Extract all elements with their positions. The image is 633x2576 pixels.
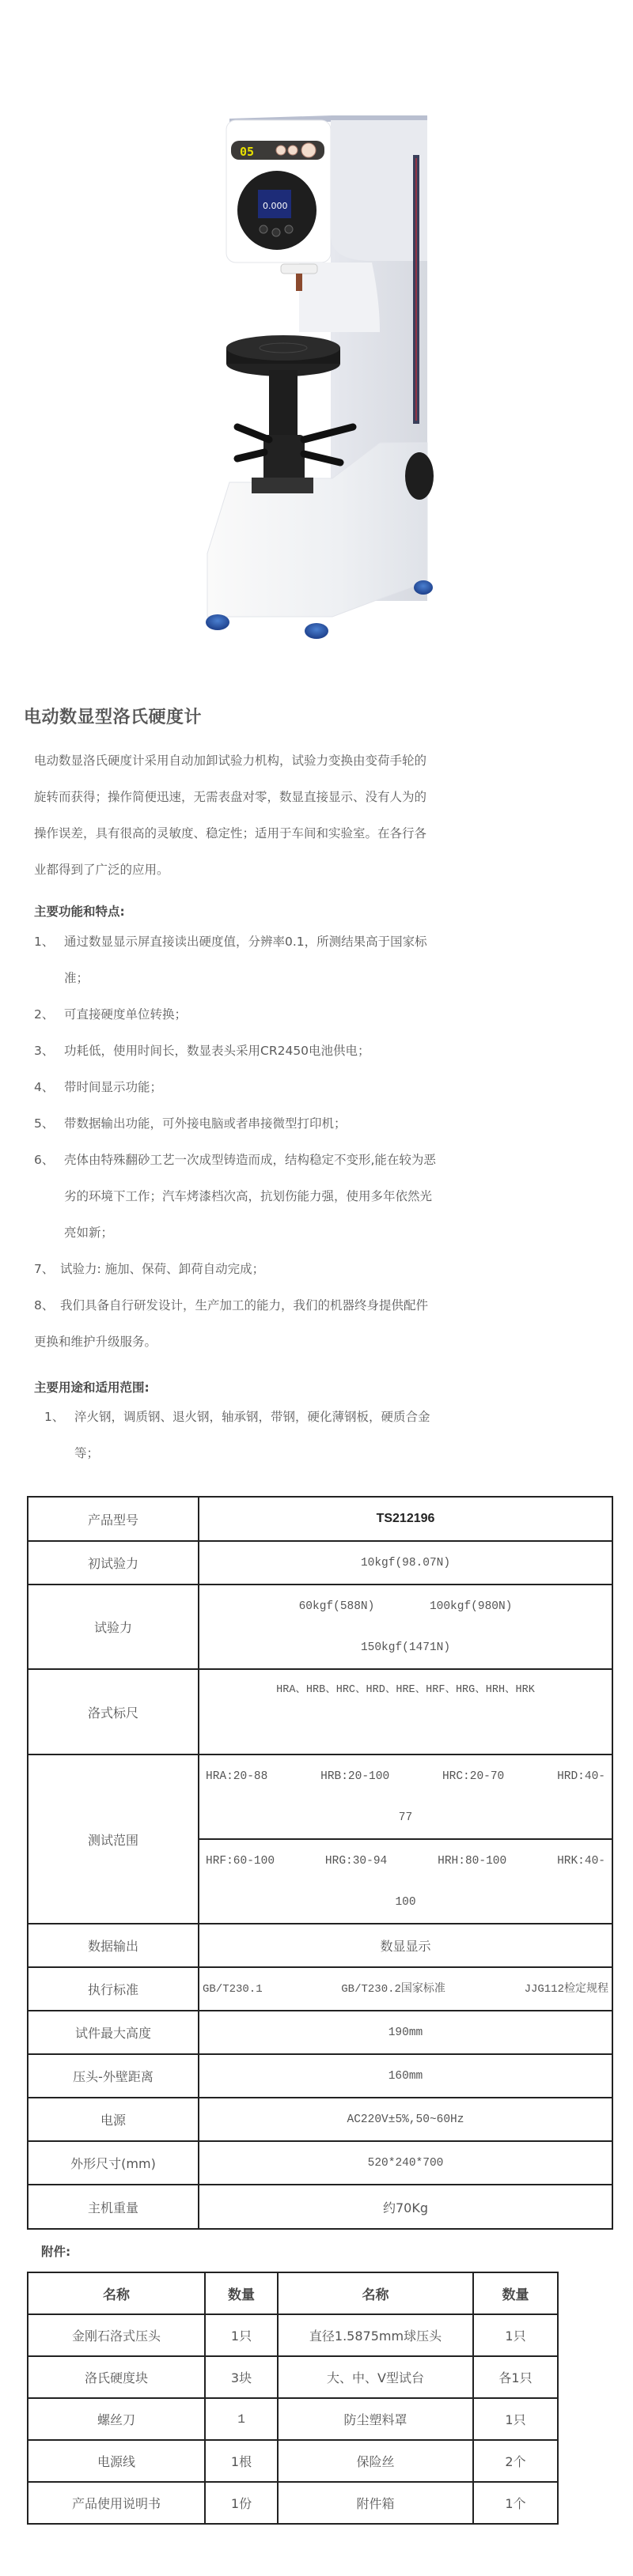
feature-text: 我们具备自行研发设计，生产加工的能力，我们的机器终身提供配件 [60, 1298, 428, 1313]
feature-number: 2、 [34, 996, 64, 1033]
product-image: 05 0.000 [0, 0, 633, 680]
spec-row: 洛式标尺 HRA、HRB、HRC、HRD、HRE、HRF、HRG、HRH、HRK [28, 1669, 612, 1754]
feature-text: 功耗低，使用时间长，数显表头采用CR2450电池供电； [64, 1033, 578, 1069]
feature-text: 带时间显示功能； [64, 1069, 578, 1105]
accessories-heading: 附件: [41, 2242, 70, 2260]
use-number: 1、 [44, 1399, 74, 1435]
feature-text: 带数据输出功能，可外接电脑或者串接微型打印机； [64, 1105, 578, 1142]
spec-label: 电源 [28, 2098, 199, 2141]
spec-value: 10kgf(98.07N) [199, 1541, 612, 1585]
feature-item: 4、带时间显示功能； [34, 1069, 604, 1105]
feature-item: 7、试验力: 施加、保荷、卸荷自动完成； [34, 1251, 604, 1287]
feature-text: 可直接硬度单位转换； [64, 996, 578, 1033]
accessory-row: 螺丝刀 1 防尘塑料罩 1只 [28, 2398, 558, 2440]
spec-row: 数据输出 数显显示 [28, 1924, 612, 1967]
feature-number: 8、 [34, 1287, 60, 1324]
spec-row: 外形尺寸(mm) 520*240*700 [28, 2141, 612, 2185]
feature-item: 5、带数据输出功能，可外接电脑或者串接微型打印机； [34, 1105, 604, 1142]
features-heading: 主要功能和特点: [34, 902, 125, 920]
accessory-name: 直径1.5875mm球压头 [278, 2314, 473, 2356]
intro-line: 操作误差，具有很高的灵敏度、稳定性；适用于车间和实验室。在各行各 [34, 815, 604, 852]
spec-row: 电源 AC220V±5%,50~60Hz [28, 2098, 612, 2141]
accessory-name: 附件箱 [278, 2482, 473, 2524]
product-title: 电动数显型洛氏硬度计 [24, 704, 202, 728]
accessory-row: 电源线 1根 保险丝 2个 [28, 2440, 558, 2482]
spec-value: 160mm [199, 2054, 612, 2098]
feature-item: 8、我们具备自行研发设计，生产加工的能力，我们的机器终身提供配件 更换和维护升级… [34, 1287, 604, 1360]
spec-label: 产品型号 [28, 1497, 199, 1541]
feature-text: 劣的环境下工作；汽车烤漆档次高，抗划伤能力强，使用多年依然光 [64, 1178, 578, 1214]
feature-number: 4、 [34, 1069, 64, 1105]
accessories-header-row: 名称 数量 名称 数量 [28, 2272, 558, 2314]
feature-text: 试验力: 施加、保荷、卸荷自动完成； [60, 1251, 574, 1287]
accessory-qty: 1根 [205, 2440, 278, 2482]
accessory-name: 防尘塑料罩 [278, 2398, 473, 2440]
intro-line: 业都得到了广泛的应用。 [34, 852, 604, 888]
feature-text: 壳体由特殊翻砂工艺一次成型铸造而成，结构稳定不变形,能在较为恶 [64, 1142, 578, 1178]
accessory-name: 金刚石洛式压头 [28, 2314, 205, 2356]
spec-row: 产品型号 TS212196 [28, 1497, 612, 1541]
spec-row: 测试范围 HRA:20-88 HRB:20-100 HRC:20-70 HRD:… [28, 1754, 612, 1839]
accessory-qty: 1 [205, 2398, 278, 2440]
intro-line: 电动数显洛氏硬度计采用自动加卸试验力机构，试验力变换由变荷手轮的 [34, 742, 604, 779]
use-text: 淬火钢，调质钢、退火钢，轴承钢，带钢，硬化薄钢板，硬质合金 [74, 1399, 589, 1435]
hardness-tester-illustration: 05 0.000 [0, 0, 633, 680]
header-name: 名称 [28, 2272, 205, 2314]
accessory-name: 保险丝 [278, 2440, 473, 2482]
accessory-qty: 1个 [473, 2482, 558, 2524]
feature-item: 1、通过数显显示屏直接读出硬度值，分辨率0.1，所测结果高于国家标准； [34, 924, 604, 996]
feature-number: 6、 [34, 1142, 64, 1178]
spec-label: 试件最大高度 [28, 2011, 199, 2054]
accessory-row: 金刚石洛式压头 1只 直径1.5875mm球压头 1只 [28, 2314, 558, 2356]
spec-label: 试验力 [28, 1585, 199, 1669]
feature-number: 3、 [34, 1033, 64, 1069]
range-line: HRA:20-88 HRB:20-100 HRC:20-70 HRD:40- [199, 1756, 612, 1797]
spec-value: 60kgf(588N) 100kgf(980N) 150kgf(1471N) [199, 1585, 612, 1669]
accessory-qty: 1只 [205, 2314, 278, 2356]
svg-text:0.000: 0.000 [263, 201, 288, 211]
feature-text: 亮如新； [64, 1214, 578, 1251]
spec-table: 产品型号 TS212196 初试验力 10kgf(98.07N) 试验力 60k… [27, 1496, 613, 2230]
spec-range-cell: HRA:20-88 HRB:20-100 HRC:20-70 HRD:40- 7… [199, 1754, 612, 1839]
spec-label: 执行标准 [28, 1967, 199, 2011]
spec-row: 试件最大高度 190mm [28, 2011, 612, 2054]
feature-item: 3、功耗低，使用时间长，数显表头采用CR2450电池供电； [34, 1033, 604, 1069]
spec-row: 初试验力 10kgf(98.07N) [28, 1541, 612, 1585]
accessory-qty: 1只 [473, 2314, 558, 2356]
spec-label: 测试范围 [28, 1754, 199, 1924]
range-line: HRF:60-100 HRG:30-94 HRH:80-100 HRK:40- [199, 1841, 612, 1882]
accessory-name: 螺丝刀 [28, 2398, 205, 2440]
spec-label: 初试验力 [28, 1541, 199, 1585]
spec-value: 190mm [199, 2011, 612, 2054]
spec-value: TS212196 [199, 1497, 612, 1541]
accessory-row: 产品使用说明书 1份 附件箱 1个 [28, 2482, 558, 2524]
feature-item: 6、壳体由特殊翻砂工艺一次成型铸造而成，结构稳定不变形,能在较为恶劣的环境下工作… [34, 1142, 604, 1251]
accessory-qty: 2个 [473, 2440, 558, 2482]
accessory-qty: 1只 [473, 2398, 558, 2440]
spec-label: 外形尺寸(mm) [28, 2141, 199, 2185]
spec-label: 主机重量 [28, 2185, 199, 2229]
spec-value: GB/T230.1 GB/T230.2国家标准 JJG112检定规程 [199, 1967, 612, 2011]
spec-value: HRA、HRB、HRC、HRD、HRE、HRF、HRG、HRH、HRK [199, 1669, 612, 1754]
accessory-name: 电源线 [28, 2440, 205, 2482]
accessory-name: 大、中、V型试台 [278, 2356, 473, 2398]
spec-label: 数据输出 [28, 1924, 199, 1967]
test-force-150: 150kgf(1471N) [199, 1627, 612, 1668]
uses-heading: 主要用途和适用范围: [34, 1378, 150, 1396]
spec-row: 执行标准 GB/T230.1 GB/T230.2国家标准 JJG112检定规程 [28, 1967, 612, 2011]
spec-value: 520*240*700 [199, 2141, 612, 2185]
intro-paragraph: 电动数显洛氏硬度计采用自动加卸试验力机构，试验力变换由变荷手轮的 旋转而获得；操… [34, 742, 604, 888]
feature-item: 2、可直接硬度单位转换； [34, 996, 604, 1033]
test-force-100: 100kgf(980N) [430, 1600, 512, 1613]
accessories-table: 名称 数量 名称 数量 金刚石洛式压头 1只 直径1.5875mm球压头 1只 … [27, 2272, 559, 2525]
feature-number: 1、 [34, 924, 64, 960]
use-text: 等； [74, 1435, 589, 1471]
accessory-qty: 各1只 [473, 2356, 558, 2398]
spec-range-cell: HRF:60-100 HRG:30-94 HRH:80-100 HRK:40- … [199, 1839, 612, 1924]
intro-line: 旋转而获得；操作简便迅速，无需表盘对零，数显直接显示、没有人为的 [34, 779, 604, 815]
spec-row: 压头-外壁距离 160mm [28, 2054, 612, 2098]
header-qty: 数量 [473, 2272, 558, 2314]
accessory-qty: 1份 [205, 2482, 278, 2524]
use-item: 1、淬火钢，调质钢、退火钢，轴承钢，带钢，硬化薄钢板，硬质合金等； [44, 1399, 614, 1471]
spec-label: 压头-外壁距离 [28, 2054, 199, 2098]
feature-number: 5、 [34, 1105, 64, 1142]
spec-row: 试验力 60kgf(588N) 100kgf(980N) 150kgf(1471… [28, 1585, 612, 1669]
accessory-name: 洛氏硬度块 [28, 2356, 205, 2398]
header-qty: 数量 [205, 2272, 278, 2314]
spec-row: 主机重量 约70Kg [28, 2185, 612, 2229]
test-force-60: 60kgf(588N) [299, 1600, 375, 1613]
spec-label: 洛式标尺 [28, 1669, 199, 1754]
spec-value: 数显显示 [199, 1924, 612, 1967]
spec-value: AC220V±5%,50~60Hz [199, 2098, 612, 2141]
spec-value: 约70Kg [199, 2185, 612, 2229]
header-name: 名称 [278, 2272, 473, 2314]
accessory-qty: 3块 [205, 2356, 278, 2398]
accessory-row: 洛氏硬度块 3块 大、中、V型试台 各1只 [28, 2356, 558, 2398]
feature-text: 准； [64, 960, 578, 996]
feature-text: 通过数显显示屏直接读出硬度值，分辨率0.1，所测结果高于国家标 [64, 924, 578, 960]
accessory-name: 产品使用说明书 [28, 2482, 205, 2524]
svg-text:05: 05 [240, 145, 254, 159]
feature-text: 更换和维护升级服务。 [34, 1324, 604, 1360]
feature-number: 7、 [34, 1251, 60, 1287]
